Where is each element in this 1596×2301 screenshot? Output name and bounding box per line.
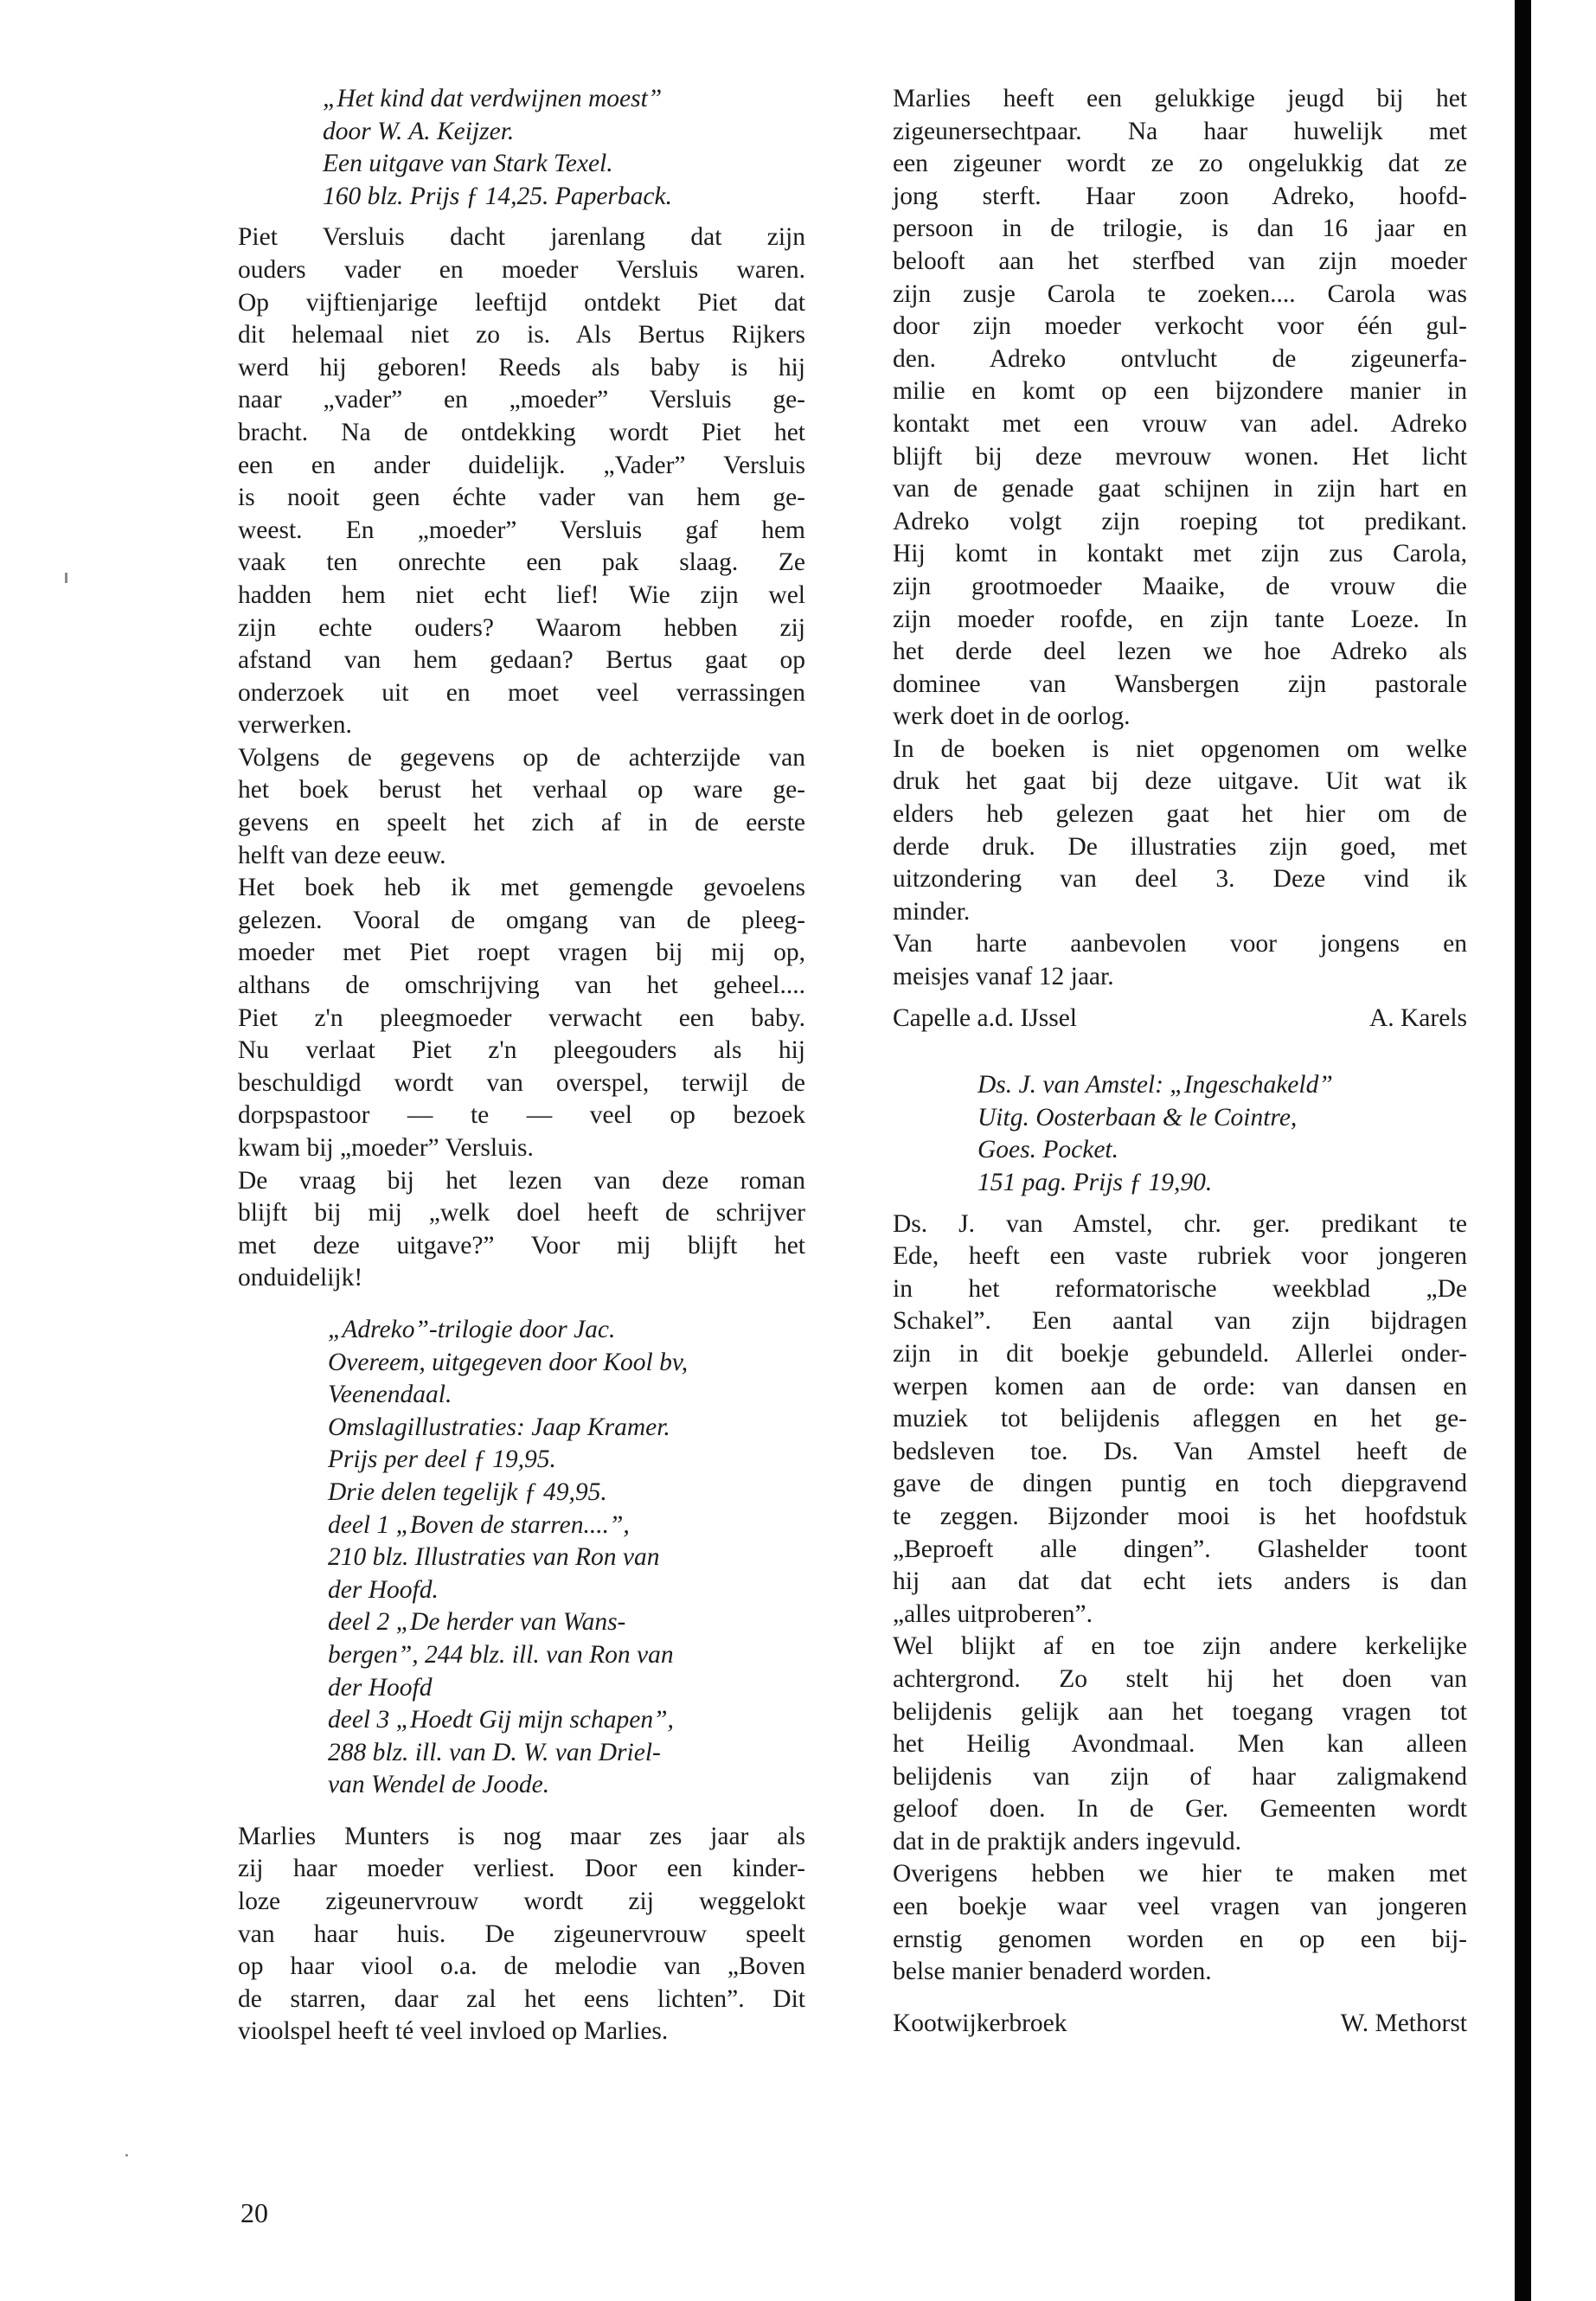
- biblio-line: Drie delen tegelijk ƒ 49,95.: [328, 1477, 805, 1509]
- text-line: in het reformatorische weekblad „De: [893, 1273, 1467, 1306]
- text-line: onduidelijk!: [238, 1262, 805, 1295]
- biblio-line: Uitg. Oosterbaan & le Cointre,: [977, 1102, 1467, 1135]
- biblio-line: Goes. Pocket.: [977, 1134, 1467, 1167]
- text-line: dorpspastoor — te — veel op bezoek: [238, 1099, 805, 1132]
- text-line: naar „vader” en „moeder” Versluis ge-: [238, 384, 805, 417]
- biblio-line: Overeem, uitgegeven door Kool bv,: [328, 1347, 805, 1380]
- text-line: vaak ten onrechte een pak slaag. Ze: [238, 547, 805, 580]
- text-line: gevens en speelt het zich af in de eerst…: [238, 807, 805, 840]
- text-line: een boekje waar veel vragen van jongeren: [893, 1891, 1467, 1924]
- text-line: Piet Versluis dacht jarenlang dat zijn: [238, 221, 805, 254]
- text-line: zijn moeder roofde, en zijn tante Loeze.…: [893, 604, 1467, 637]
- review1-biblio: „Het kind dat verdwijnen moest”door W. A…: [238, 83, 805, 213]
- text-line: weest. En „moeder” Versluis gaf hem: [238, 515, 805, 548]
- biblio-line: 288 blz. ill. van D. W. van Driel-: [328, 1737, 805, 1770]
- text-line: verwerken.: [238, 709, 805, 742]
- text-line: gave de dingen puntig en toch diepgraven…: [893, 1468, 1467, 1501]
- text-line: werd hij geboren! Reeds als baby is hij: [238, 352, 805, 385]
- scan-edge-bar: [1515, 0, 1531, 2301]
- text-line: minder.: [893, 896, 1467, 929]
- review2-biblio: „Adreko”-trilogie door Jac.Overeem, uitg…: [238, 1314, 805, 1802]
- text-line: druk het gaat bij deze uitgave. Uit wat …: [893, 766, 1467, 798]
- text-line: werpen komen aan de orde: van dansen en: [893, 1371, 1467, 1404]
- text-line: Adreko volgt zijn roeping tot predikant.: [893, 506, 1467, 539]
- biblio-line: deel 3 „Hoedt Gij mijn schapen”,: [328, 1704, 805, 1737]
- paragraph: Wel blijkt af en toe zijn andere kerkeli…: [893, 1631, 1467, 1858]
- text-line: zigeunersechtpaar. Na haar huwelijk met: [893, 116, 1467, 149]
- paragraph: Piet Versluis dacht jarenlang dat zijnou…: [238, 221, 805, 742]
- text-line: afstand van hem gedaan? Bertus gaat op: [238, 644, 805, 677]
- signature-author: A. Karels: [1369, 1003, 1467, 1035]
- paragraph: Marlies Munters is nog maar zes jaar als…: [238, 1821, 805, 2048]
- text-line: Hij komt in kontakt met zijn zus Carola,: [893, 538, 1467, 571]
- text-line: achtergrond. Zo stelt hij het doen van: [893, 1663, 1467, 1696]
- text-line: milie en komt op een bijzondere manier i…: [893, 375, 1467, 408]
- text-line: zijn echte ouders? Waarom hebben zij: [238, 612, 805, 645]
- text-line: blijft bij deze mevrouw wonen. Het licht: [893, 441, 1467, 474]
- signature-place: Capelle a.d. IJssel: [893, 1003, 1077, 1035]
- text-line: Volgens de gegevens op de achterzijde va…: [238, 742, 805, 775]
- biblio-line: van Wendel de Joode.: [328, 1769, 805, 1802]
- text-line: de starren, daar zal het eens lichten”. …: [238, 1984, 805, 2016]
- text-line: bedsleven toe. Ds. Van Amstel heeft de: [893, 1436, 1467, 1469]
- text-line: beschuldigd wordt van overspel, terwijl …: [238, 1067, 805, 1100]
- biblio-line: bergen”, 244 blz. ill. van Ron van: [328, 1639, 805, 1672]
- scan-speck: [125, 2154, 128, 2157]
- review3-biblio: Ds. J. van Amstel: „Ingeschakeld”Uitg. O…: [893, 1069, 1467, 1199]
- text-line: met deze uitgave?” Voor mij blijft het: [238, 1230, 805, 1263]
- review1-body: Piet Versluis dacht jarenlang dat zijnou…: [238, 221, 805, 1295]
- left-column: „Het kind dat verdwijnen moest”door W. A…: [238, 83, 805, 2048]
- review2-signature: Capelle a.d. IJssel A. Karels: [893, 1003, 1467, 1035]
- text-line: werk doet in de oorlog.: [893, 701, 1467, 734]
- biblio-line: Prijs per deel ƒ 19,95.: [328, 1444, 805, 1477]
- text-line: meisjes vanaf 12 jaar.: [893, 961, 1467, 994]
- text-line: gelezen. Vooral de omgang van de pleeg-: [238, 905, 805, 938]
- text-line: derde druk. De illustraties zijn goed, m…: [893, 831, 1467, 864]
- text-line: belijdenis gelijk aan het toegang vragen…: [893, 1696, 1467, 1729]
- biblio-line: „Het kind dat verdwijnen moest”: [323, 83, 805, 116]
- right-column: Marlies heeft een gelukkige jeugd bij he…: [893, 83, 1467, 2040]
- paragraph: Volgens de gegevens op de achterzijde va…: [238, 742, 805, 872]
- text-line: helft van deze eeuw.: [238, 840, 805, 873]
- text-line: dat in de praktijk anders ingevuld.: [893, 1826, 1467, 1859]
- page-number: 20: [240, 2197, 268, 2229]
- biblio-line: der Hoofd: [328, 1672, 805, 1705]
- text-line: Marlies heeft een gelukkige jeugd bij he…: [893, 83, 1467, 116]
- text-line: het Heilig Avondmaal. Men kan alleen: [893, 1728, 1467, 1761]
- text-line: van de genade gaat schijnen in zijn hart…: [893, 473, 1467, 506]
- text-line: Marlies Munters is nog maar zes jaar als: [238, 1821, 805, 1854]
- text-line: bracht. Na de ontdekking wordt Piet het: [238, 417, 805, 450]
- biblio-line: 210 blz. Illustraties van Ron van: [328, 1541, 805, 1574]
- signature-place: Kootwijkerbroek: [893, 2008, 1067, 2041]
- review3-signature: Kootwijkerbroek W. Methorst: [893, 2008, 1467, 2041]
- text-line: zijn grootmoeder Maaike, de vrouw die: [893, 571, 1467, 604]
- paragraph: De vraag bij het lezen van deze romanbli…: [238, 1165, 805, 1295]
- text-line: persoon in de trilogie, is dan 16 jaar e…: [893, 213, 1467, 246]
- text-line: Van harte aanbevolen voor jongens en: [893, 928, 1467, 961]
- text-line: kwam bij „moeder” Versluis.: [238, 1132, 805, 1165]
- text-line: althans de omschrijving van het geheel..…: [238, 970, 805, 1003]
- biblio-line: „Adreko”-trilogie door Jac.: [328, 1314, 805, 1347]
- text-line: belijdenis van zijn of haar zaligmakend: [893, 1761, 1467, 1794]
- biblio-line: Veenendaal.: [328, 1379, 805, 1412]
- text-line: Ede, heeft een vaste rubriek voor jonger…: [893, 1240, 1467, 1273]
- text-line: Het boek heb ik met gemengde gevoelens: [238, 872, 805, 905]
- text-line: Wel blijkt af en toe zijn andere kerkeli…: [893, 1631, 1467, 1663]
- text-line: het boek berust het verhaal op ware ge-: [238, 774, 805, 807]
- review2-body-continued: Marlies heeft een gelukkige jeugd bij he…: [893, 83, 1467, 994]
- text-line: op haar viool o.a. de melodie van „Boven: [238, 1951, 805, 1984]
- text-line: In de boeken is niet opgenomen om welke: [893, 734, 1467, 766]
- biblio-line: Een uitgave van Stark Texel.: [323, 148, 805, 181]
- biblio-line: door W. A. Keijzer.: [323, 116, 805, 149]
- text-line: ernstig genomen worden en op een bij-: [893, 1924, 1467, 1957]
- text-line: zij haar moeder verliest. Door een kinde…: [238, 1853, 805, 1886]
- text-line: hij aan dat dat echt iets anders is dan: [893, 1566, 1467, 1599]
- text-line: een zigeuner wordt ze zo ongelukkig dat …: [893, 148, 1467, 181]
- text-line: zijn zusje Carola te zoeken.... Carola w…: [893, 279, 1467, 311]
- text-line: Overigens hebben we hier te maken met: [893, 1858, 1467, 1891]
- text-line: te zeggen. Bijzonder mooi is het hoofdst…: [893, 1501, 1467, 1534]
- text-line: Piet z'n pleegmoeder verwacht een baby.: [238, 1003, 805, 1035]
- signature-author: W. Methorst: [1341, 2008, 1467, 2041]
- text-line: Ds. J. van Amstel, chr. ger. predikant t…: [893, 1208, 1467, 1241]
- biblio-line: Omslagillustraties: Jaap Kramer.: [328, 1412, 805, 1445]
- text-line: loze zigeunervrouw wordt zij weggelokt: [238, 1886, 805, 1919]
- text-line: is nooit geen échte vader van hem ge-: [238, 482, 805, 515]
- text-line: elders heb gelezen gaat het hier om de: [893, 798, 1467, 831]
- paragraph: In de boeken is niet opgenomen om welked…: [893, 734, 1467, 929]
- text-line: hadden hem niet echt lief! Wie zijn wel: [238, 580, 805, 612]
- text-line: kontakt met een vrouw van adel. Adreko: [893, 408, 1467, 441]
- text-line: den. Adreko ontvlucht de zigeunerfa-: [893, 343, 1467, 376]
- text-line: geloof doen. In de Ger. Gemeenten wordt: [893, 1793, 1467, 1826]
- text-line: Schakel”. Een aantal van zijn bijdragen: [893, 1305, 1467, 1338]
- biblio-line: 151 pag. Prijs ƒ 19,90.: [977, 1167, 1467, 1200]
- text-line: dit helemaal niet zo is. Als Bertus Rijk…: [238, 319, 805, 352]
- biblio-line: deel 2 „De herder van Wans-: [328, 1606, 805, 1639]
- text-line: een en ander duidelijk. „Vader” Versluis: [238, 450, 805, 483]
- text-line: De vraag bij het lezen van deze roman: [238, 1165, 805, 1198]
- text-line: Nu verlaat Piet z'n pleegouders als hij: [238, 1035, 805, 1067]
- text-line: muziek tot belijdenis afleggen en het ge…: [893, 1403, 1467, 1436]
- text-line: vioolspel heeft té veel invloed op Marli…: [238, 2016, 805, 2048]
- text-line: onderzoek uit en moet veel verrassingen: [238, 677, 805, 710]
- text-line: uitzondering van deel 3. Deze vind ik: [893, 863, 1467, 896]
- text-line: het derde deel lezen we hoe Adreko als: [893, 636, 1467, 669]
- biblio-line: der Hoofd.: [328, 1574, 805, 1607]
- paragraph: Marlies heeft een gelukkige jeugd bij he…: [893, 83, 1467, 734]
- scan-speck: [65, 573, 67, 583]
- text-line: van haar huis. De zigeunervrouw speelt: [238, 1919, 805, 1952]
- review2-body: Marlies Munters is nog maar zes jaar als…: [238, 1821, 805, 2048]
- biblio-line: 160 blz. Prijs ƒ 14,25. Paperback.: [323, 181, 805, 214]
- text-line: ouders vader en moeder Versluis waren.: [238, 254, 805, 287]
- paragraph: Ds. J. van Amstel, chr. ger. predikant t…: [893, 1208, 1467, 1631]
- text-line: blijft bij mij „welk doel heeft de schri…: [238, 1197, 805, 1230]
- biblio-line: Ds. J. van Amstel: „Ingeschakeld”: [977, 1069, 1467, 1102]
- text-line: moeder met Piet roept vragen bij mij op,: [238, 937, 805, 970]
- text-line: door zijn moeder verkocht voor één gul-: [893, 311, 1467, 343]
- biblio-line: deel 1 „Boven de starren....”,: [328, 1509, 805, 1542]
- text-line: „alles uitproberen”.: [893, 1599, 1467, 1631]
- text-line: zijn in dit boekje gebundeld. Allerlei o…: [893, 1338, 1467, 1371]
- text-line: dominee van Wansbergen zijn pastorale: [893, 669, 1467, 702]
- review3-body: Ds. J. van Amstel, chr. ger. predikant t…: [893, 1208, 1467, 1989]
- paragraph: Het boek heb ik met gemengde gevoelensge…: [238, 872, 805, 1164]
- paragraph: Overigens hebben we hier te maken meteen…: [893, 1858, 1467, 1988]
- text-line: belooft aan het sterfbed van zijn moeder: [893, 246, 1467, 279]
- text-line: jong sterft. Haar zoon Adreko, hoofd-: [893, 181, 1467, 214]
- text-line: Op vijftienjarige leeftijd ontdekt Piet …: [238, 287, 805, 320]
- text-line: „Beproeft alle dingen”. Glashelder toont: [893, 1534, 1467, 1567]
- paragraph: Van harte aanbevolen voor jongens enmeis…: [893, 928, 1467, 993]
- text-line: belse manier benaderd worden.: [893, 1956, 1467, 1989]
